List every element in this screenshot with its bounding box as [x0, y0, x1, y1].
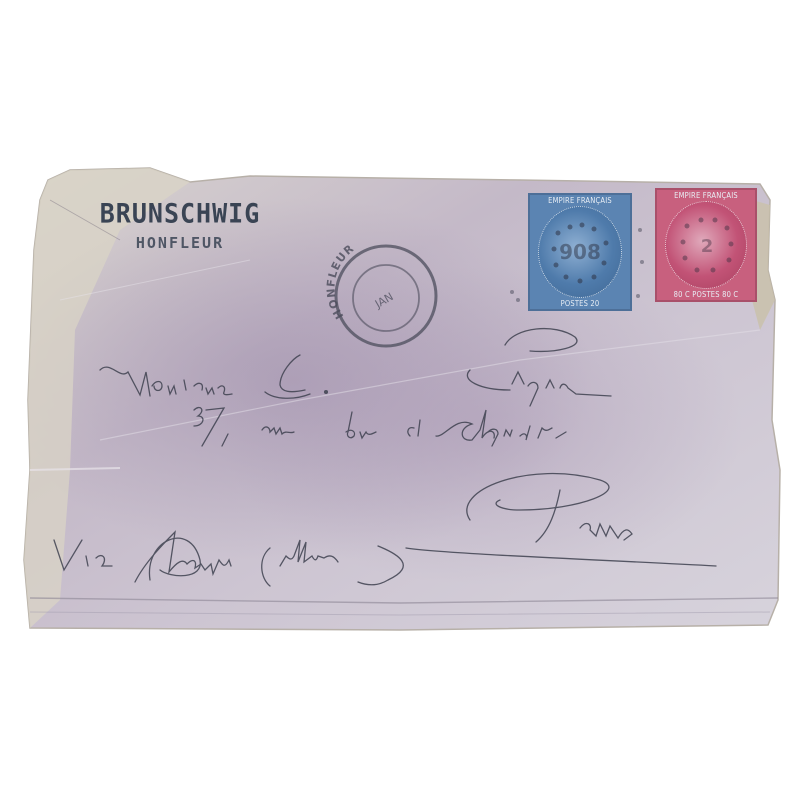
envelope: BRUNSCHWIG HONFLEUR HONFLEUR JAN EMPIRE … — [0, 0, 800, 800]
handwritten-address — [0, 0, 800, 800]
